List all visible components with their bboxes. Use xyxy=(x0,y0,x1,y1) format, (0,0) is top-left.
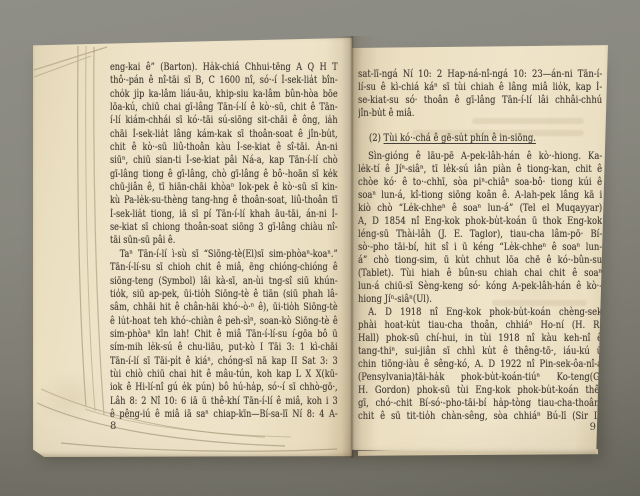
text-line: gī-lâng tiong ê gī-lâng, chò gī-lâng ê b… xyxy=(110,168,338,181)
text-line: Tān-í-lí-su sī chioh chit ê miâ, ēng chi… xyxy=(110,261,338,274)
text-line: H. Gordon) phok-sū tùi Eng-kok phok-bu̍t… xyxy=(358,384,602,397)
text-line: sat-lī-ngá Ní 10: 2 Hap-ná-nî-ngá 10: 23… xyxy=(358,68,602,81)
right-page: sat-lī-ngá Ní 10: 2 Hap-ná-nî-ngá 10: 23… xyxy=(352,38,608,454)
text-line: phài hoat-ku̍t tiau-cha thoân, chhiáⁿ Ho… xyxy=(358,319,602,332)
text-line: chū-jiân ê, tī hiān-chāi khòaⁿ Iok-pek ê… xyxy=(110,181,338,194)
text-line: kù Pa-le̍k-su-thèng tang-hng ê thoân-soa… xyxy=(110,194,338,207)
text-line: ê lu̍t-hoat teh khó·-chiàn ê peh-sìⁿ, so… xyxy=(110,315,338,328)
text-line: léng-sū Thài-lâh (J. E. Taglor), tiau-ch… xyxy=(358,228,602,241)
text-line: Hall) phok-sū chí-hui, in tùi 1918 nî kà… xyxy=(358,332,602,345)
text-line: í-lí kiám-chhái sī kó·-tāi sú-siōng sit-… xyxy=(110,114,338,127)
right-page-text: sat-lī-ngá Ní 10: 2 Hap-ná-nî-ngá 10: 23… xyxy=(358,68,602,423)
text-line: á” chò tiong-sim, ū ku̍t chhut lōa chē ê… xyxy=(358,254,602,267)
text-line: sím-mih le̍k-sú ê chu-liāu, put-kò I Tāi… xyxy=(110,341,338,354)
photo-background: eng-kai ê” (Barton). Ha̍k-chiá Chhui-tēn… xyxy=(0,0,640,496)
section-heading: (2) Tùi kó·-chá ê gē-su̍t phín ê in-siōn… xyxy=(358,132,602,145)
text-line: tio̍k, siū ap-pek, ūi-tio̍h Siōng-tè ê t… xyxy=(110,288,338,301)
text-line: lí-su ê kì-chiá káⁿ sī tùi chiah ê lâng … xyxy=(358,81,602,94)
text-line: chit ê kò·-sū liû-thoân kàu Í-se-kiat ê … xyxy=(110,141,338,154)
text-line: le̍k-tí ê Jíⁿ-siâⁿ, tī le̍k-sú iân piàn … xyxy=(358,163,602,176)
text-line: siōng-teng (Symbol) lâi kà-sī, an-ùi tng… xyxy=(110,275,338,288)
left-page: eng-kai ê” (Barton). Ha̍k-chiá Chhui-tēn… xyxy=(33,37,352,457)
text-line: se-kiat sī chiong thoân-soat siōng 3 gī-… xyxy=(110,221,338,234)
text-line: chin tiōng-iàu ê sêng-kó, A. D 1922 nî P… xyxy=(358,358,602,371)
text-line: sim-phòaⁿ kīn lah! Chit ê miâ Tān-í-lí-s… xyxy=(110,328,338,341)
text-line: se-kiat-su só· thoân ê gī-lâng Tān-í-lí … xyxy=(358,94,602,107)
text-line: soaⁿ lun-á, kî-tiong siōng koân ê. A-lah… xyxy=(358,189,602,202)
text-line: tùi chiò chiū chai hit ê mâu-tún, koh ka… xyxy=(110,368,338,381)
page-number-left: 8 xyxy=(110,421,116,432)
text-line: lun-á chiū-sī Sèng-keng só· kóng A-pek-l… xyxy=(358,280,602,293)
text-line: hiong Jíⁿ-siâⁿ(Ul). xyxy=(358,293,602,306)
text-line: A. D 1918 nî Eng-kok phok-bu̍t-koán chèn… xyxy=(358,306,602,319)
text-line: (Tablet). Tùi hiah ê bûn-su chiah chai c… xyxy=(358,267,602,280)
left-page-text: eng-kai ê” (Barton). Ha̍k-chiá Chhui-tēn… xyxy=(110,61,338,421)
text-line: cho̍k ji̍p ka-lâm liáu-āu, khip-siu ka-l… xyxy=(110,88,338,101)
text-line: eng-kai ê” (Barton). Ha̍k-chiá Chhui-tēn… xyxy=(110,61,338,74)
text-line: lōa-kú, chiū chai gī-lâng Tān-í-lí ê kò·… xyxy=(110,101,338,114)
text-line: ê pêng-iú ê miâ iā saⁿ chiap-kīn—Bí-sa-l… xyxy=(110,408,338,421)
text-line: Taⁿ Tān-í-lí ì-sù sī “Siōng-tè(El)sī sim… xyxy=(110,248,338,261)
text-line: (Pensylvania)tāi-ha̍k phok-bu̍t-koán-tiú… xyxy=(358,371,602,384)
page-number-right: 9 xyxy=(572,422,596,433)
text-line: gī, chó·-chit Bí-só·-pho-tāi-bí ha̍p-tòn… xyxy=(358,397,602,410)
text-line: chòe kó· ê to·-chhī, sòa piⁿ-chiâⁿ soa-b… xyxy=(358,176,602,189)
text-line: chit ê sū tit-tio̍h chàn-sêng, sòa chhiá… xyxy=(358,410,602,423)
text-line: sâm, chhāi hit ê chân-hāi khó·-ò·ⁿ ê), ū… xyxy=(110,301,338,314)
text-line: sò·-pho tāi-bí, hit sî i ū kéng “Le̍k-ch… xyxy=(358,241,602,254)
text-line: Sìn-gióng ê lāu-pē A-pek-lâh-hán ê kò·-h… xyxy=(358,150,602,163)
text-line: tāi sūn-sū pâi ê. xyxy=(110,234,338,247)
text-line: jîn-bu̍t ê miâ. xyxy=(358,107,602,120)
text-line: thô·-pán ê nî-tāi sī B, C 1600 nî, só·-í… xyxy=(110,74,338,87)
text-line: Lâh 8: 2 Nî 10: 6 iā ū thê-khí Tān-í-lí … xyxy=(110,395,338,408)
text-line: chāi Í-sek-lia̍t lâng kám-kak sī thoân-s… xyxy=(110,128,338,141)
text-line: tang-thiⁿ, sui-jiân sī chhì ku̍t ê thêng… xyxy=(358,345,602,358)
text-line: Tān-í-lí sī Tāi-pi̍t ê kiáⁿ, chóng-sī nā… xyxy=(110,355,338,368)
text-line: iok ê Hi-lí-nî gú e̍k pún) bô hú-ha̍p, s… xyxy=(110,381,338,394)
text-line: Í-sek-lia̍t tiong, iā sī pí Tān-í-lí kha… xyxy=(110,208,338,221)
text-line: kiò chò “Le̍k-chheⁿ ê soaⁿ lun-á” (Tel e… xyxy=(358,202,602,215)
text-line: siūⁿ, chiū sian-ti Í-se-kiat pâi Ná-a, k… xyxy=(110,154,338,167)
text-line: A, D 1854 nî Eng-kok phok-bu̍t-koán ū th… xyxy=(358,215,602,228)
